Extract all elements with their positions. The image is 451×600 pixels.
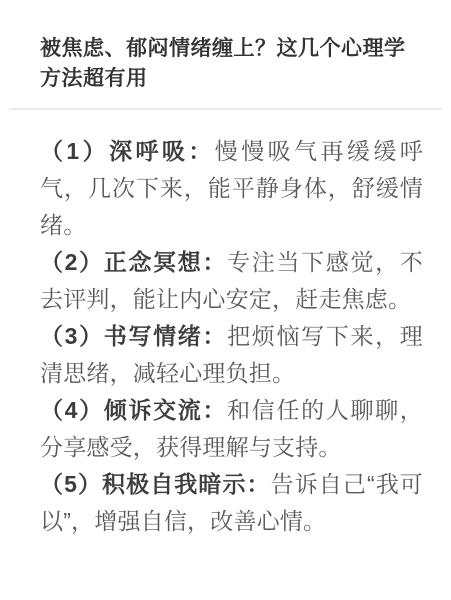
item-label: （4）倾诉交流：	[40, 397, 227, 423]
list-item: （5）积极自我暗示：告诉自己“我可以”，增强自信，改善心情。	[40, 466, 423, 540]
page-title: 被焦虑、郁闷情绪缠上？这几个心理学方法超有用	[0, 0, 451, 94]
item-label: （3）书写情绪：	[40, 323, 227, 349]
article-card: 被焦虑、郁闷情绪缠上？这几个心理学方法超有用 （1）深呼吸：慢慢吸气再缓缓呼气，…	[0, 0, 451, 600]
list-item: （4）倾诉交流：和信任的人聊聊，分享感受，获得理解与支持。	[40, 392, 423, 466]
item-label: （2）正念冥想：	[40, 249, 227, 275]
item-label: （1）深呼吸：	[40, 138, 215, 164]
list-item: （3）书写情绪：把烦恼写下来，理清思绪，减轻心理负担。	[40, 318, 423, 392]
list-item: （1）深呼吸：慢慢吸气再缓缓呼气，几次下来，能平静身体，舒缓情绪。	[40, 133, 423, 244]
item-label: （5）积极自我暗示：	[40, 471, 271, 497]
article-body: （1）深呼吸：慢慢吸气再缓缓呼气，几次下来，能平静身体，舒缓情绪。 （2）正念冥…	[0, 110, 451, 540]
list-item: （2）正念冥想：专注当下感觉，不去评判，能让内心安定，赶走焦虑。	[40, 244, 423, 318]
